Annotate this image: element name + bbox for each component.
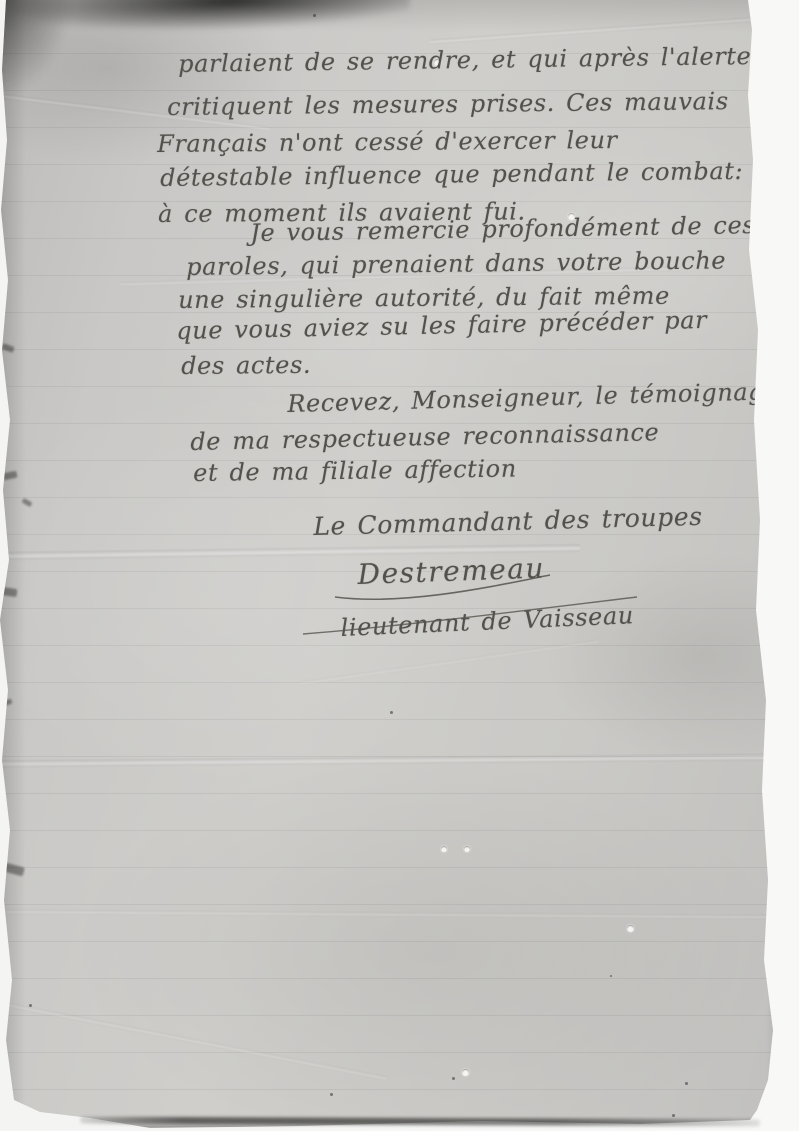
paper-speck xyxy=(685,1082,688,1085)
left-edge-tear xyxy=(2,471,17,481)
left-edge-tear xyxy=(1,587,18,597)
paper-speck xyxy=(452,1077,455,1080)
punch-hole xyxy=(441,846,447,852)
top-left-corner-shadow xyxy=(0,0,76,104)
crease-fold xyxy=(430,16,760,44)
handwritten-line: détestable influence que pendant le comb… xyxy=(160,157,743,192)
paper-speck xyxy=(313,14,316,17)
paper-speck xyxy=(390,711,393,714)
crease-fold xyxy=(0,994,387,1081)
signoff-title: Le Commandant des troupes xyxy=(313,502,703,541)
punch-hole xyxy=(462,1069,469,1076)
left-edge-tear xyxy=(21,498,32,507)
left-edge-tear xyxy=(3,863,25,877)
valediction-line: et de ma filiale affection xyxy=(193,454,517,487)
scanned-letter-page: parlaient de se rendre, et qui après l'a… xyxy=(0,0,799,1131)
handwritten-line: des actes. xyxy=(181,351,311,380)
signature: Destremeau xyxy=(357,551,545,591)
crease-fold xyxy=(0,754,781,768)
valediction-line: Recevez, Monseigneur, le témoignage xyxy=(287,377,779,418)
valediction-line: de ma respectueuse reconnaissance xyxy=(190,418,660,456)
paper-speck xyxy=(330,1093,333,1096)
handwritten-line: Français n'ont cessé d'exercer leur xyxy=(157,126,618,158)
paper-speck xyxy=(672,1114,675,1117)
left-edge-tear xyxy=(1,343,14,353)
crease-fold xyxy=(0,909,781,919)
handwritten-line: paroles, qui prenaient dans votre bouche xyxy=(186,246,726,281)
signature-rank: lieutenant de Vaisseau xyxy=(340,601,634,642)
paper-speck xyxy=(29,1004,32,1007)
punch-hole xyxy=(627,925,634,932)
paper-speck xyxy=(610,975,612,977)
letter-paper-sheet: parlaient de se rendre, et qui après l'a… xyxy=(0,0,781,1131)
punch-hole xyxy=(464,846,470,852)
handwritten-line: critiquent les mesures prises. Ces mauva… xyxy=(167,87,729,121)
top-left-scan-shadow xyxy=(9,0,410,37)
left-edge-tear xyxy=(1,699,12,707)
handwritten-line: parlaient de se rendre, et qui après l'a… xyxy=(178,42,760,78)
crease-fold xyxy=(301,639,599,686)
